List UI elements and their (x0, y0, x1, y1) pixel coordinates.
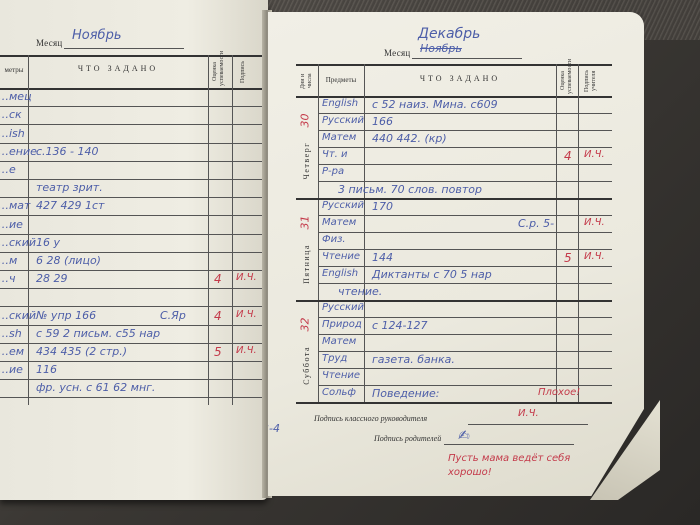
left-row-subject: …ем (0, 345, 24, 358)
right-row-line (318, 368, 612, 369)
left-month-label: Месяц (36, 38, 63, 48)
left-row-grade: 4 (214, 309, 222, 323)
parents-label: Подпись родителей (374, 434, 441, 443)
right-row-line (318, 351, 612, 352)
right-row-line (318, 113, 612, 114)
right-row-subject: Сольф (322, 387, 356, 398)
right-row-teacher-sign: И.Ч. (584, 149, 605, 160)
day-label: Пятница (302, 244, 311, 284)
right-row-subject: Р-ра (322, 166, 344, 177)
left-row-task: с.136 - 140 (36, 145, 99, 158)
right-row-grade: 4 (564, 149, 572, 163)
left-row-task: 427 429 1ст (36, 199, 104, 212)
right-row-task: Поведение: (372, 387, 439, 400)
left-row-line (0, 325, 262, 326)
right-row-line (318, 334, 612, 335)
left-row-line (0, 234, 262, 235)
right-row-line (318, 164, 612, 165)
left-row-grade: 4 (214, 272, 222, 286)
right-row-task: Диктанты с 70 5 нар (372, 268, 492, 281)
left-col-divider-1 (28, 55, 29, 405)
right-row-task: 166 (372, 115, 393, 128)
class-teacher-line (468, 424, 588, 425)
left-row-line (0, 379, 262, 380)
left-row-line (0, 106, 262, 107)
left-row-teacher-sign: И.Ч. (236, 272, 257, 283)
parents-signature: ✍ (458, 428, 470, 444)
right-row-line (318, 249, 612, 250)
right-row-subject: Русский (322, 115, 364, 126)
left-row-line (0, 161, 262, 162)
left-header-subjects: метры (0, 66, 28, 74)
left-row-task: 16 у (36, 236, 60, 249)
left-month-value: Ноябрь (72, 28, 121, 43)
right-row-subject: Труд (322, 353, 347, 364)
left-col-divider-3 (232, 55, 233, 405)
teacher-note: Пусть мама ведёт себя хорошо! (448, 452, 598, 480)
right-row-task: 170 (372, 200, 393, 213)
right-row-task: с 124-127 (372, 319, 428, 332)
day-date: 31 (299, 216, 312, 230)
right-col-divider-4 (578, 64, 579, 404)
right-row-line (318, 232, 612, 233)
class-teacher-signature: И.Ч. (518, 408, 539, 419)
left-row-line (0, 197, 262, 198)
right-row-task: газета. банка. (372, 353, 455, 366)
right-row-line (318, 215, 612, 216)
left-row-line (0, 306, 262, 307)
parents-line (444, 444, 574, 445)
right-month-line (412, 58, 522, 59)
left-month-line (64, 48, 184, 49)
right-row-grade: 5 (564, 251, 572, 265)
right-row-task: 3 письм. 70 слов. повтор (338, 183, 482, 196)
right-header-day: Дни и числа (300, 68, 314, 94)
left-row-subject: …ish (0, 127, 25, 140)
day-label: Суббота (302, 346, 311, 385)
right-row-task: С.р. 5- (518, 217, 554, 230)
day-date: 32 (299, 318, 312, 332)
day-label: Четверг (302, 142, 311, 179)
left-row-task: с 59 2 письм. с55 нар (36, 327, 160, 340)
right-row-line (318, 130, 612, 131)
right-row-line (318, 266, 612, 267)
right-row-line (318, 283, 612, 284)
left-row-subject: …е (0, 163, 16, 176)
left-row-task: театр зрит. (36, 181, 103, 194)
right-row-task: 440 442. (кр) (372, 132, 447, 145)
right-row-subject: Матем (322, 336, 356, 347)
right-row-teacher-sign: И.Ч. (584, 217, 605, 228)
left-row-subject: …ский (0, 309, 36, 322)
left-row-teacher-sign: И.Ч. (236, 345, 257, 356)
left-row-grade: 5 (214, 345, 222, 359)
left-row-subject: …ч (0, 272, 16, 285)
left-row-line (0, 215, 262, 216)
right-month-value: Декабрь (418, 26, 480, 42)
right-row-subject: Чт. и (322, 149, 348, 160)
left-row-task: 28 29 (36, 272, 68, 285)
right-month-crossed: Ноябрь (420, 42, 462, 55)
left-row-subject: …sh (0, 327, 22, 340)
right-header-subjects: Предметы (318, 76, 364, 84)
left-row-line (0, 252, 262, 253)
left-row-subject: …м (0, 254, 17, 267)
class-teacher-label: Подпись классного руководителя (314, 414, 427, 423)
right-row-task: 144 (372, 251, 393, 264)
left-page: Месяц Ноябрь метры ЧТО ЗАДАНО Оценка усп… (0, 0, 268, 500)
left-row-subject: …ие (0, 363, 23, 376)
right-row-subject: Чтение (322, 370, 360, 381)
month-label-text: Месяц (36, 38, 63, 48)
left-row-teacher-sign: И.Ч. (236, 309, 257, 320)
month-label-text: Месяц (384, 48, 411, 58)
left-row-subject: …мат (0, 199, 30, 212)
right-row-teacher-sign: И.Ч. (584, 251, 605, 262)
day-block-separator (296, 402, 612, 404)
right-row-line (318, 181, 612, 182)
right-row-subject: Матем (322, 132, 356, 143)
left-row-line (0, 124, 262, 125)
right-row-subject: Физ. (322, 234, 346, 245)
right-header-task: ЧТО ЗАДАНО (364, 74, 556, 83)
left-header-bottom-line (0, 88, 262, 90)
left-row-task: № упр 166 (36, 309, 96, 322)
right-month-label: Месяц (384, 48, 411, 58)
right-row-task: с 52 наиз. Мина. с609 (372, 98, 498, 111)
right-header-signature: Подпись учителя (584, 68, 598, 94)
left-row-note: С.Яр (160, 309, 186, 322)
left-row-task: 434 435 (2 стр.) (36, 345, 127, 358)
left-header-signature: Подпись (240, 58, 247, 86)
right-row-subject: Русский (322, 200, 364, 211)
right-page: Декабрь Месяц Ноябрь Дни и числа Предмет… (268, 12, 644, 496)
right-row-subject: Природ (322, 319, 362, 330)
left-row-subject: …ский (0, 236, 36, 249)
left-row-task: 6 28 (лицо) (36, 254, 101, 267)
left-row-line (0, 179, 262, 180)
right-row-line (318, 147, 612, 148)
right-row-task: чтение. (338, 285, 382, 298)
right-col-divider-1 (318, 64, 319, 404)
left-row-line (0, 288, 262, 289)
left-col-divider-2 (208, 55, 209, 405)
right-row-line (318, 385, 612, 386)
left-row-line (0, 143, 262, 144)
right-row-line (318, 317, 612, 318)
right-row-subject: English (322, 268, 358, 279)
left-row-subject: …ение (0, 145, 37, 158)
left-row-subject: …мец (0, 90, 32, 103)
day-date: 30 (299, 114, 312, 128)
right-row-subject: Русский (322, 302, 364, 313)
right-col-divider-3 (556, 64, 557, 404)
right-header-grade: Оценка успеваемости (560, 68, 574, 94)
left-row-line (0, 361, 262, 362)
left-row-line (0, 270, 262, 271)
right-row-subject: English (322, 98, 358, 109)
left-row-subject: …ие (0, 218, 23, 231)
left-row-line (0, 397, 262, 398)
right-row-subject: Матем (322, 217, 356, 228)
left-row-task: 116 (36, 363, 57, 376)
right-header-top-line (296, 64, 612, 66)
right-col-divider-2 (364, 64, 365, 404)
left-header-task: ЧТО ЗАДАНО (28, 64, 208, 73)
right-row-teacher-sign: Плохое! (538, 387, 580, 398)
left-row-subject: …ск (0, 108, 22, 121)
left-header-grade: Оценка успеваемости (212, 58, 226, 86)
left-row-task: фр. усн. с 61 62 мнг. (36, 381, 155, 394)
right-row-subject: Чтение (322, 251, 360, 262)
left-row-line (0, 343, 262, 344)
